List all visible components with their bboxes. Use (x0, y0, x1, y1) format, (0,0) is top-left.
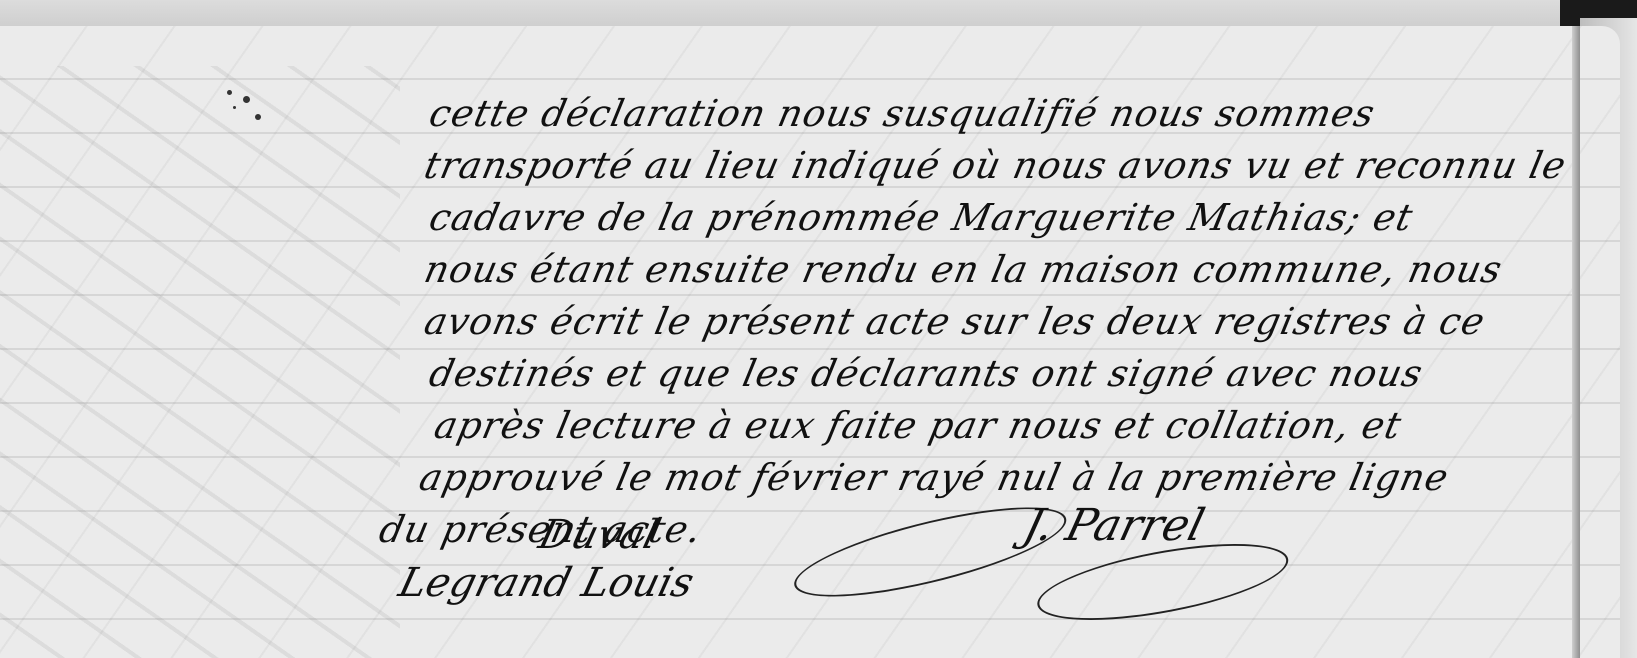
signature-officer-name: J. Parrel (1019, 500, 1210, 551)
text-line: avons écrit le présent acte sur les deux… (414, 296, 1545, 348)
text-line: nous étant ensuite rendu en la maison co… (414, 244, 1545, 296)
register-top-edge (0, 0, 1560, 28)
text-line: destinés et que les déclarants ont signé… (414, 348, 1545, 400)
signature-officer: J. Parrel (786, 490, 1373, 600)
page-binding-edge (1572, 26, 1580, 658)
bleed-through-area (0, 66, 400, 658)
text-line: après lecture à eux faite par nous et co… (414, 400, 1545, 452)
ink-spots (225, 86, 285, 126)
text-line: cadavre de la prénommée Marguerite Mathi… (414, 192, 1545, 244)
text-line: cette déclaration nous susqualifié nous … (414, 88, 1545, 140)
signature-duval: Duval (534, 512, 663, 558)
signature-legrand: Legrand Louis (394, 560, 698, 606)
handwritten-entry: cette déclaration nous susqualifié nous … (420, 88, 1540, 556)
signature-flourish-icon (794, 489, 1066, 615)
text-line: transporté au lieu indiqué où nous avons… (414, 140, 1545, 192)
